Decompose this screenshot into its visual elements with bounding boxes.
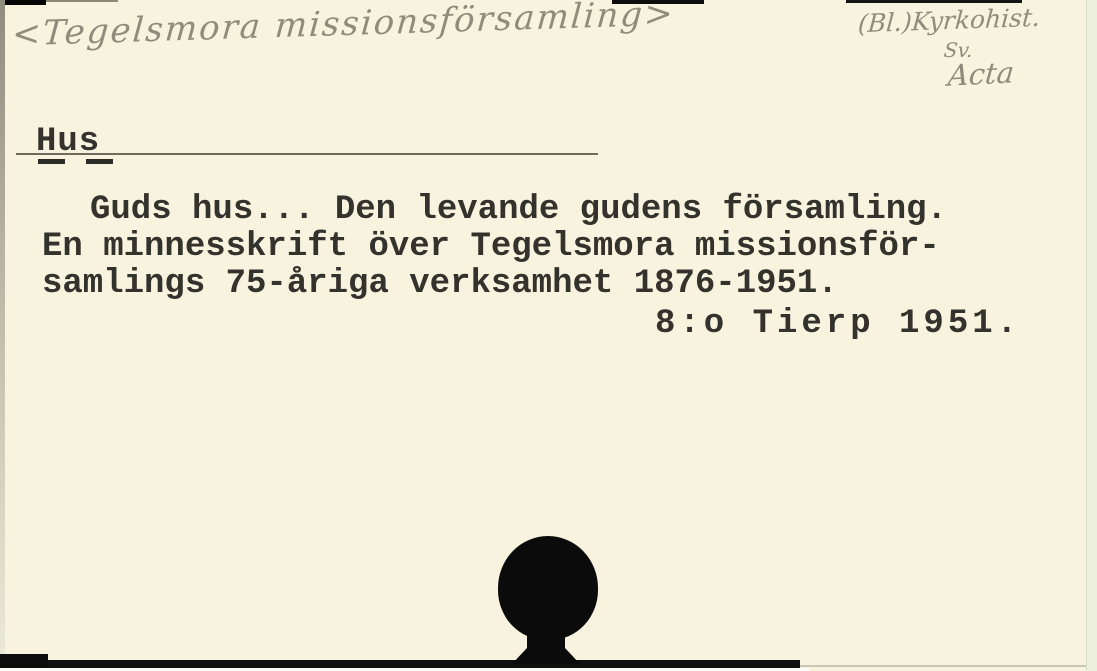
scan-artifact-bottom-left [0, 654, 48, 668]
punch-hole-base [512, 648, 580, 664]
handwritten-title: <Tegelsmora missionsförsamling> [11, 0, 676, 54]
heading-rule-line [16, 153, 598, 155]
scan-artifact-top-left [0, 0, 46, 5]
heading-underline-dash [86, 159, 113, 164]
card-left-edge [0, 0, 5, 671]
card-body: Guds hus... Den levande gudens församlin… [42, 192, 947, 303]
card-heading: Hus [36, 123, 100, 161]
card-right-edge [1086, 0, 1097, 671]
imprint-line: 8:o Tierp 1951. [655, 305, 1021, 343]
classification-note-line1: (Bl.)Kyrkohist. [857, 3, 1041, 38]
classification-note-line3: Acta [947, 55, 1016, 93]
body-line: En minnesskrift över Tegelsmora missions… [42, 229, 947, 266]
catalog-card: <Tegelsmora missionsförsamling> (Bl.)Kyr… [0, 0, 1097, 671]
scan-artifact-top-line [46, 0, 118, 2]
card-bottom-edge [0, 660, 800, 668]
body-line: samlings 75-åriga verksamhet 1876-1951. [42, 266, 947, 303]
punch-hole [498, 536, 598, 640]
card-bottom-edge-right [800, 665, 1086, 667]
scan-artifact-top-right [846, 0, 1022, 3]
body-line: Guds hus... Den levande gudens församlin… [42, 192, 947, 229]
heading-underline-dash [38, 159, 65, 164]
